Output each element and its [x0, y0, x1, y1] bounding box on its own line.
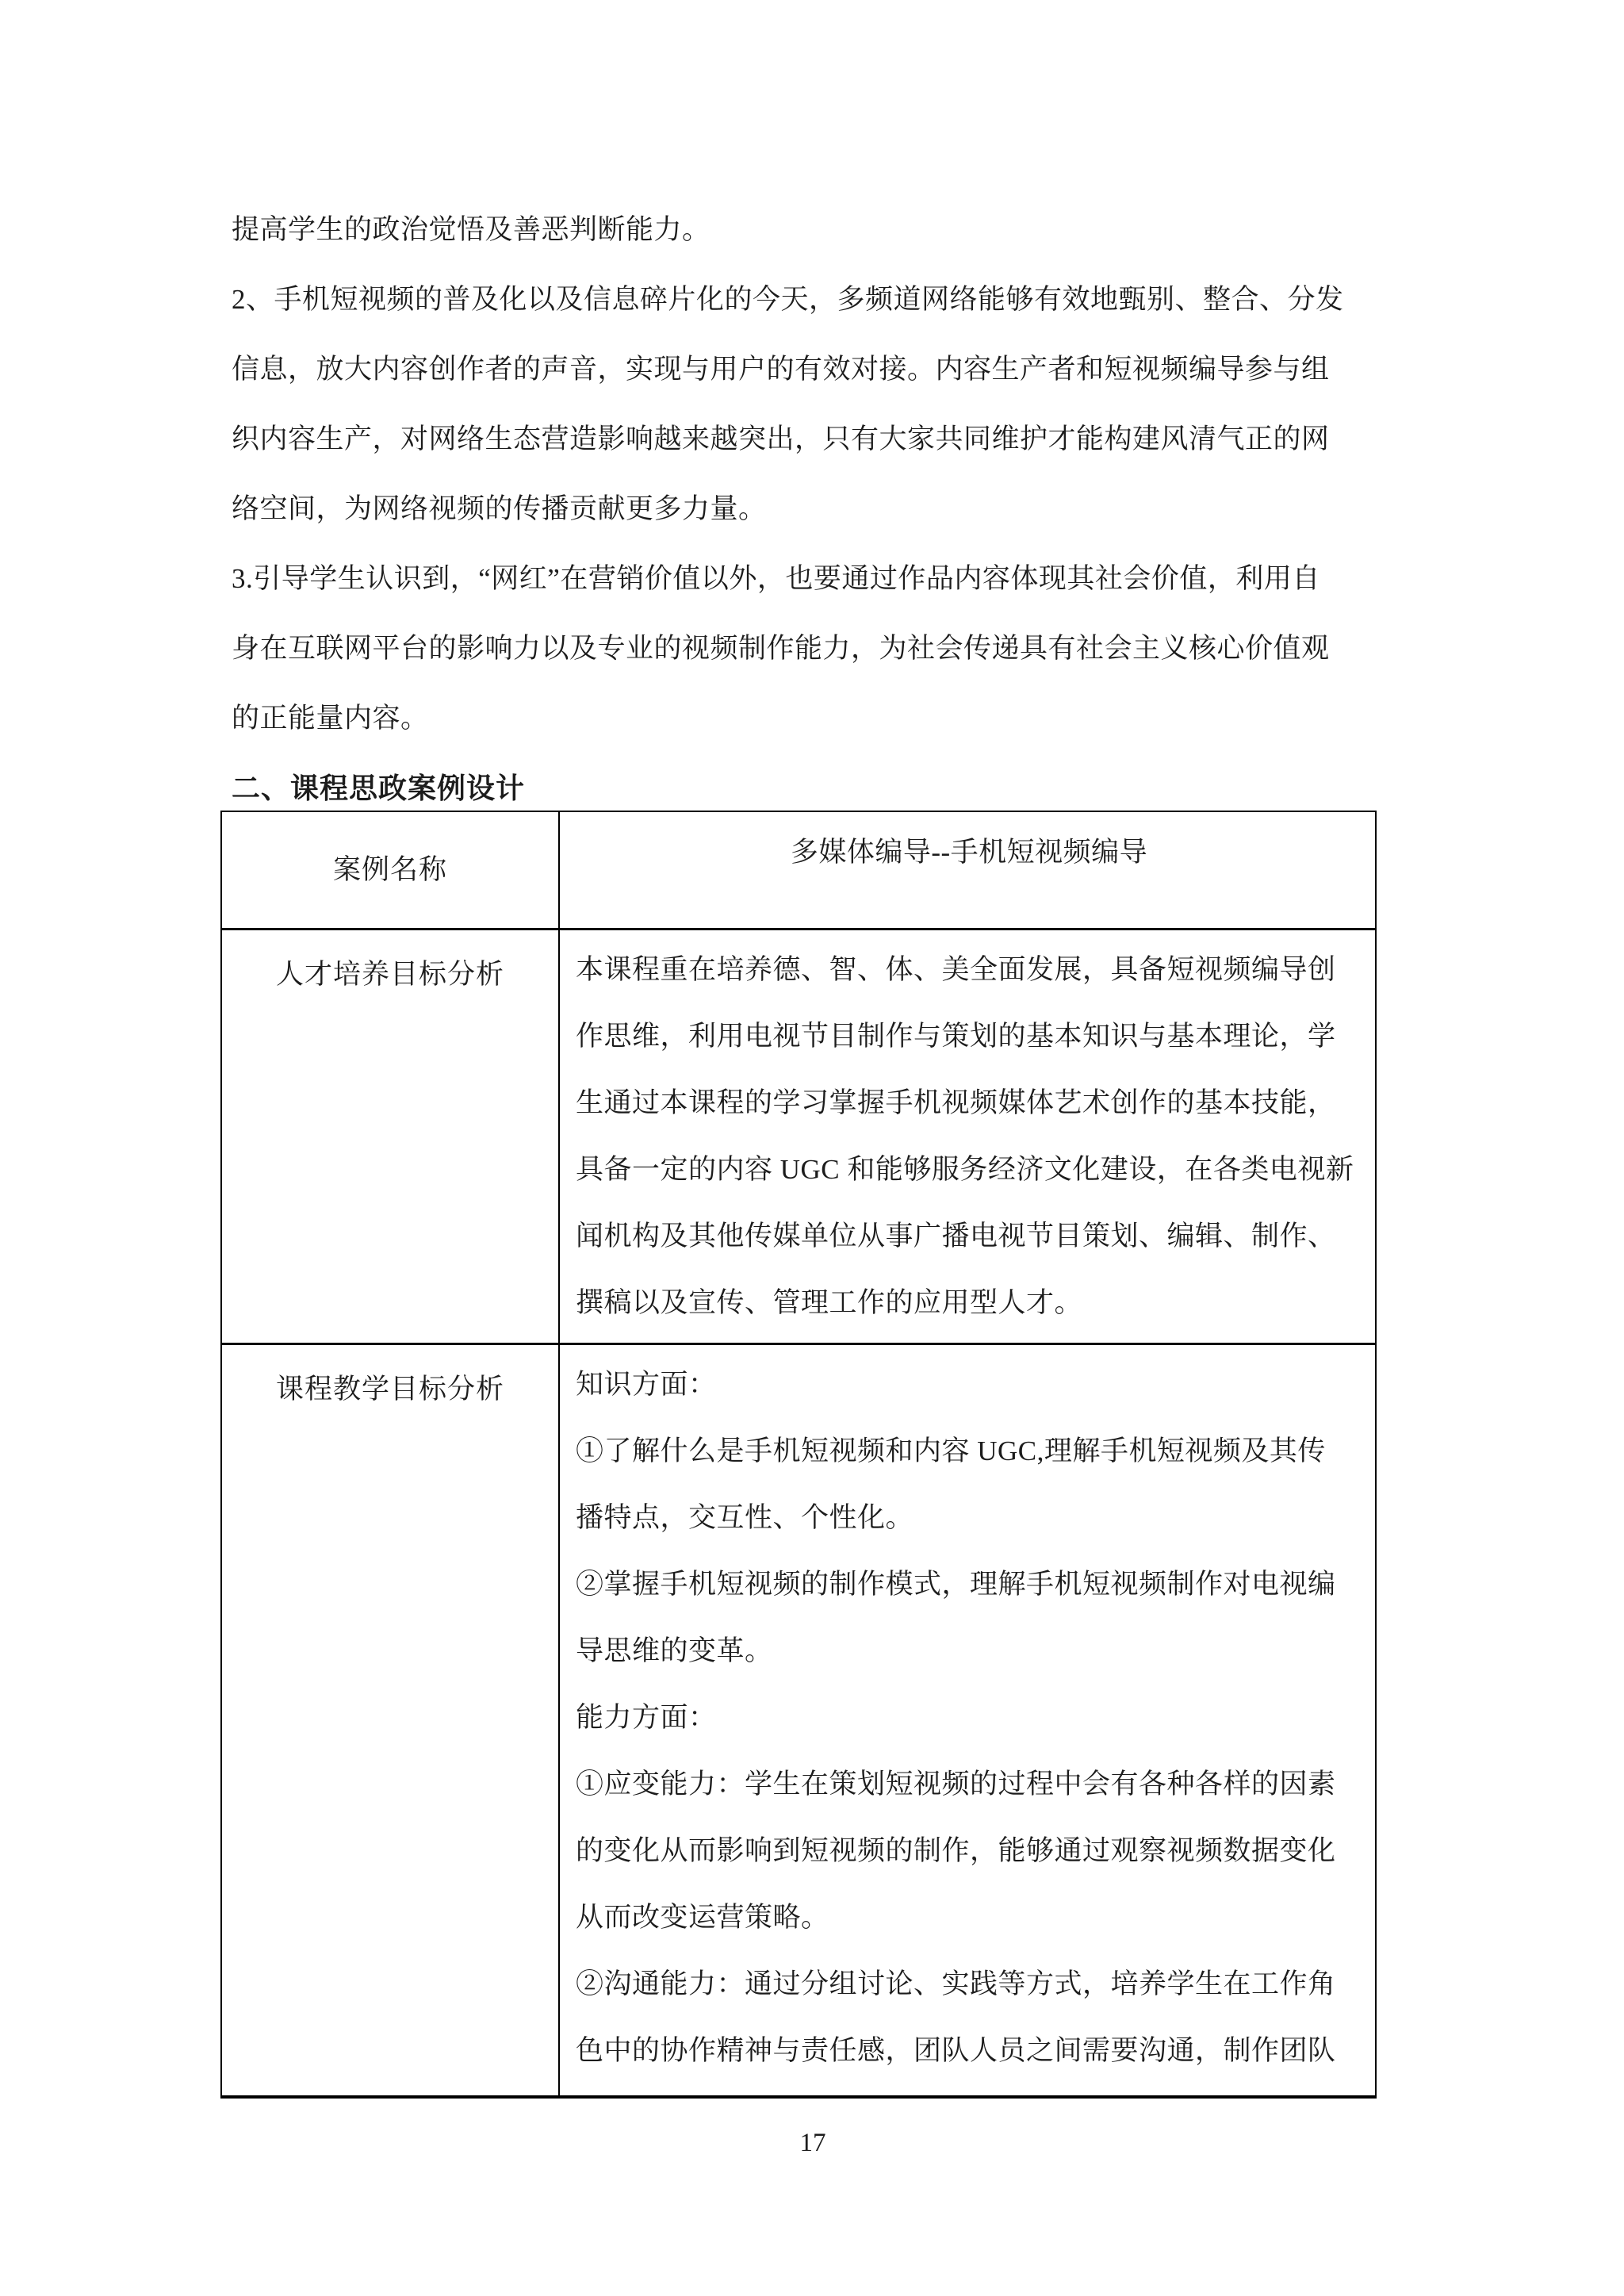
teaching-goal-content-cell: 知识方面： ①了解什么是手机短视频和内容 UGC,理解手机短视频及其传 播特点，…: [559, 1343, 1376, 2097]
case-name-value-cell: 多媒体编导--手机短视频编导: [559, 811, 1376, 929]
case-name-label-cell: 案例名称: [221, 811, 559, 929]
paragraph-point-3: 3.引导学生认识到，“网红”在营销价值以外，也要通过作品内容体现其社会价值，利用…: [232, 544, 1394, 753]
table-row-case-name: 案例名称 多媒体编导--手机短视频编导: [221, 811, 1376, 929]
talent-goal-content-cell: 本课程重在培养德、智、体、美全面发展，具备短视频编导创 作思维，利用电视节目制作…: [559, 929, 1376, 1343]
teaching-goal-label-cell: 课程教学目标分析: [221, 1343, 559, 2097]
document-content: 提高学生的政治觉悟及善恶判断能力。 2、手机短视频的普及化以及信息碎片化的今天，…: [232, 195, 1394, 2159]
paragraph-continuation: 提高学生的政治觉悟及善恶判断能力。: [232, 195, 1394, 265]
case-design-table: 案例名称 多媒体编导--手机短视频编导 人才培养目标分析 本课程重在培养德、智、…: [220, 811, 1377, 2099]
table-row-talent-goal: 人才培养目标分析 本课程重在培养德、智、体、美全面发展，具备短视频编导创 作思维…: [221, 929, 1376, 1343]
document-page: 提高学生的政治觉悟及善恶判断能力。 2、手机短视频的普及化以及信息碎片化的今天，…: [0, 0, 1624, 2296]
page-number: 17: [232, 2127, 1394, 2159]
table-row-teaching-goal: 课程教学目标分析 知识方面： ①了解什么是手机短视频和内容 UGC,理解手机短视…: [221, 1343, 1376, 2097]
talent-goal-label-cell: 人才培养目标分析: [221, 929, 559, 1343]
paragraph-point-2: 2、手机短视频的普及化以及信息碎片化的今天，多频道网络能够有效地甄别、整合、分发…: [232, 265, 1394, 544]
